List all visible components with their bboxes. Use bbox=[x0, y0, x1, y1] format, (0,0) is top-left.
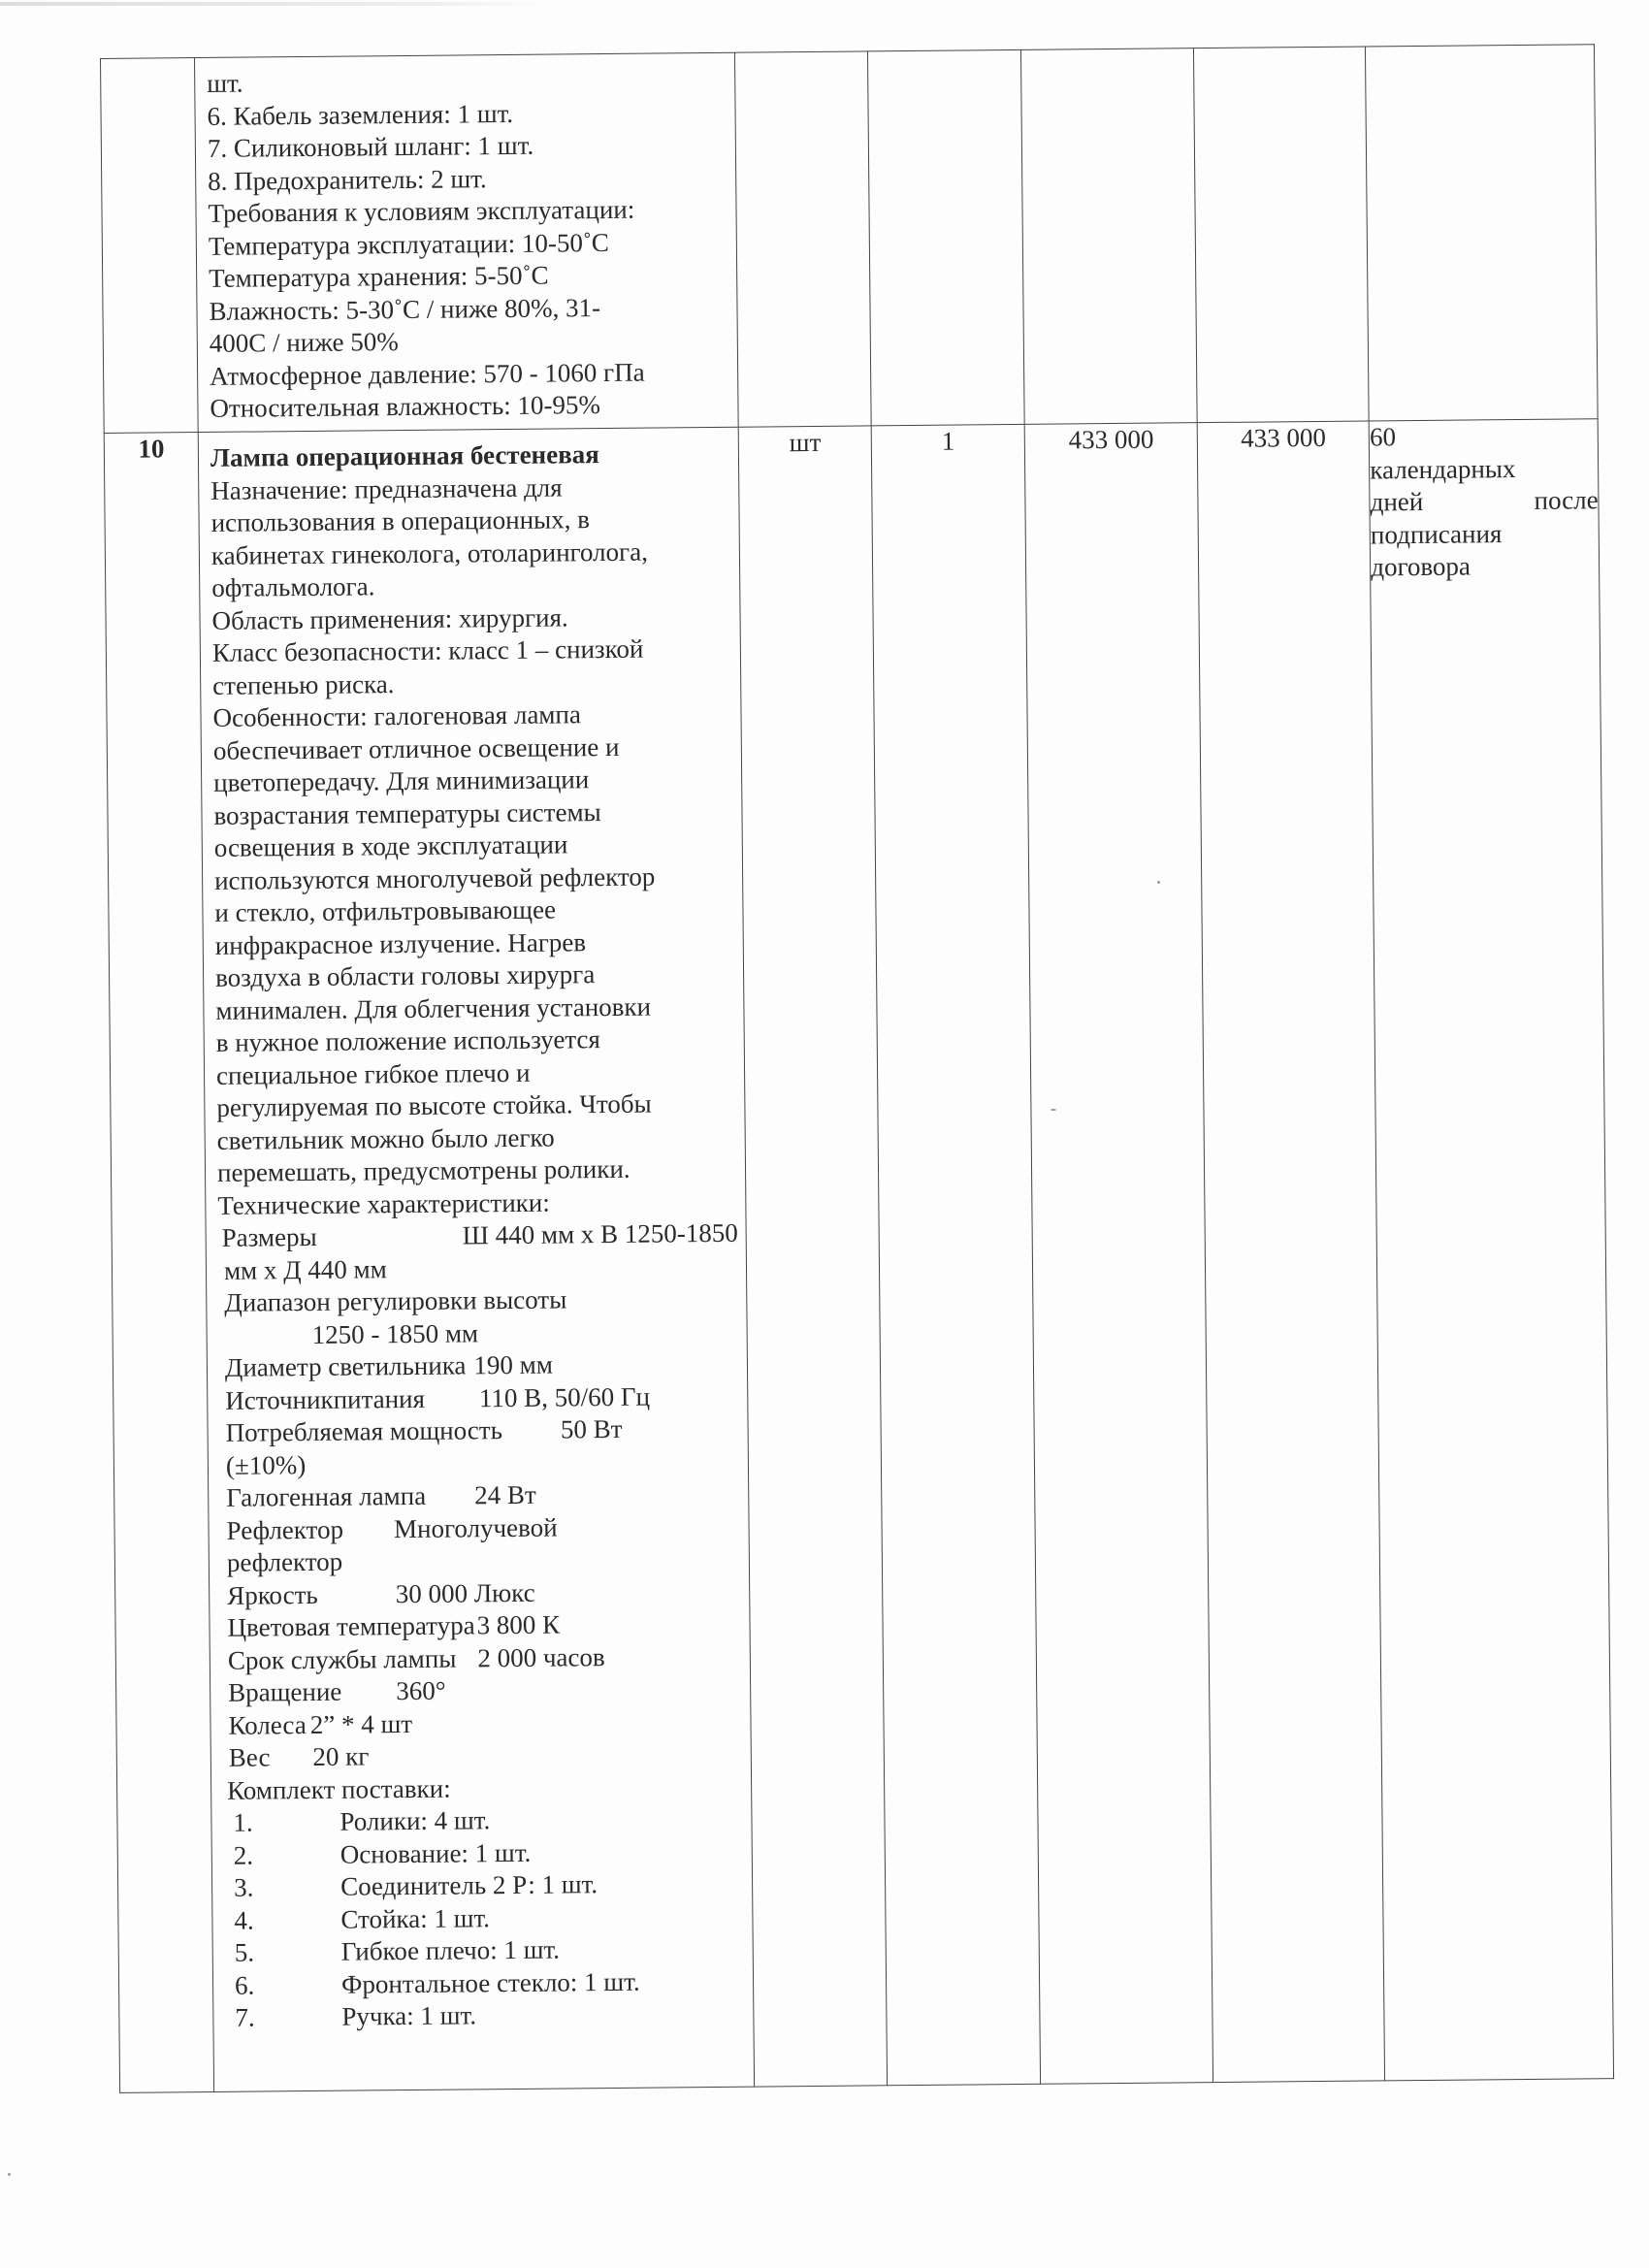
specification-table: шт.6. Кабель заземления: 1 шт.7. Силикон… bbox=[100, 44, 1614, 2093]
description-line: инфракрасное излучение. Нагрев bbox=[215, 924, 735, 962]
kit-item-number: 7. bbox=[225, 2001, 341, 2035]
description-line: 8. Предохранитель: 2 шт. bbox=[208, 160, 727, 198]
spec-key: Диаметр светильника bbox=[225, 1349, 467, 1384]
spec-row: Вес20 кг bbox=[223, 1737, 743, 1775]
description-line: минимален. Для облегчения установки bbox=[215, 989, 735, 1027]
quantity-cell bbox=[868, 49, 1025, 425]
unit-price-cell: 433 000 bbox=[1024, 423, 1212, 2085]
description-line: степенью риска. bbox=[212, 664, 732, 702]
spec-key: Источникпитания bbox=[225, 1382, 425, 1416]
unit-cell bbox=[735, 51, 872, 427]
description-line: кабинетах гинеколога, отоларинголога, bbox=[211, 535, 731, 572]
spec-key: мм х Д 440 мм bbox=[224, 1253, 387, 1287]
kit-item: 5.Гибкое плечо: 1 шт. bbox=[225, 1932, 745, 1970]
delivery-term-text: календарных bbox=[1370, 452, 1598, 487]
description-line: использования в операционных, в bbox=[210, 502, 730, 540]
description-line: Назначение: предназначена для bbox=[210, 470, 730, 507]
description-line: Атмосферное давление: 570 - 1060 гПа bbox=[210, 355, 729, 393]
delivery-term-cell: 60 календарных дней после подписания дог… bbox=[1369, 419, 1613, 2081]
spec-row: РефлекторМноголучевой bbox=[220, 1509, 740, 1547]
description-line: в нужное положение используется bbox=[216, 1022, 736, 1060]
description-line: Область применения: хирургия. bbox=[211, 599, 731, 637]
kit-item: 7.Ручка: 1 шт. bbox=[225, 1997, 745, 2035]
delivery-term-days: 60 bbox=[1370, 419, 1598, 454]
delivery-term-text: договора bbox=[1371, 549, 1599, 584]
description-text: Лампа операционная бестеневая Назначение… bbox=[199, 428, 754, 2035]
description-line: 400С / ниже 50% bbox=[210, 323, 729, 361]
spec-key: Яркость bbox=[227, 1578, 318, 1611]
kit-item-number: 4. bbox=[224, 1903, 340, 1937]
table-row: 10 Лампа операционная бестеневая Назначе… bbox=[104, 419, 1614, 2093]
spec-key: (±10%) bbox=[226, 1449, 307, 1482]
description-line: шт. bbox=[207, 63, 727, 101]
spec-row: Диаметр светильника190 мм bbox=[219, 1347, 739, 1385]
kit-item-number: 1. bbox=[223, 1806, 339, 1840]
kit-item-text: Ручка: 1 шт. bbox=[341, 1999, 476, 2033]
spec-value: 3 800 К bbox=[476, 1609, 560, 1642]
spec-key: Размеры bbox=[222, 1221, 317, 1254]
spec-row: (±10%) bbox=[220, 1444, 740, 1482]
kit-item-number: 3. bbox=[224, 1871, 340, 1905]
spec-key: рефлектор bbox=[227, 1546, 343, 1580]
description-cell: шт.6. Кабель заземления: 1 шт.7. Силикон… bbox=[195, 52, 739, 432]
unit-price-cell bbox=[1021, 49, 1198, 425]
spec-row: Цветовая температура3 800 К bbox=[221, 1607, 741, 1645]
spec-row: Потребляемая мощность50 Вт bbox=[219, 1412, 739, 1450]
spec-key: Цветовая температура bbox=[227, 1609, 474, 1644]
description-line: 7. Силиконовый шланг: 1 шт. bbox=[208, 128, 727, 166]
spec-value: 30 000 Люкс bbox=[396, 1576, 535, 1610]
spec-key: Галогенная лампа bbox=[226, 1480, 426, 1514]
spec-key: Вращение bbox=[228, 1676, 341, 1710]
spec-key: Колеса bbox=[228, 1709, 307, 1742]
description-line: светильник можно было легко bbox=[217, 1119, 737, 1157]
total-cell: 433 000 bbox=[1197, 421, 1384, 2083]
scan-speck bbox=[1051, 1109, 1056, 1111]
kit-item-text: Фронтальное стекло: 1 шт. bbox=[341, 1965, 640, 2000]
kit-list: 1.Ролики: 4 шт.2.Основание: 1 шт.3.Соеди… bbox=[223, 1802, 745, 2035]
spec-key: Срок службы лампы bbox=[228, 1642, 457, 1677]
description-line: Технические характеристики: bbox=[217, 1184, 737, 1222]
scan-artifact bbox=[0, 2, 543, 6]
spec-row: Срок службы лампы2 000 часов bbox=[222, 1639, 742, 1677]
spec-value: Многолучевой bbox=[394, 1511, 558, 1545]
description-line: используются многолучевой рефлектор bbox=[214, 859, 734, 897]
row-number-cell bbox=[101, 58, 199, 434]
spec-row: Яркость30 000 Люкс bbox=[221, 1574, 741, 1612]
description-line: 6. Кабель заземления: 1 шт. bbox=[207, 95, 727, 133]
delivery-term-word: после bbox=[1534, 484, 1598, 517]
spec-row: мм х Д 440 мм bbox=[218, 1249, 738, 1287]
delivery-term-word: дней bbox=[1370, 486, 1423, 519]
spec-value: 50 Вт bbox=[561, 1413, 623, 1446]
spec-value: 360° bbox=[396, 1675, 446, 1708]
kit-item: 2.Основание: 1 шт. bbox=[224, 1834, 744, 1872]
item-title: Лампа операционная бестеневая bbox=[210, 437, 730, 475]
scan-speck bbox=[1157, 881, 1160, 884]
kit-item: 1.Ролики: 4 шт. bbox=[223, 1802, 743, 1840]
spec-value: 20 кг bbox=[312, 1740, 369, 1773]
description-line: специальное гибкое плечо и bbox=[216, 1054, 736, 1092]
delivery-term-text: подписания bbox=[1371, 517, 1599, 552]
spec-row: Колеса2” * 4 шт bbox=[222, 1704, 742, 1742]
kit-item-text: Основание: 1 шт. bbox=[340, 1836, 532, 1870]
description-line: Особенности: галогеновая лампа bbox=[212, 697, 732, 735]
kit-item-text: Ролики: 4 шт. bbox=[339, 1804, 490, 1838]
spec-value: 190 мм bbox=[473, 1349, 553, 1382]
spec-row: Галогенная лампа24 Вт bbox=[220, 1477, 740, 1515]
description-line: Температура хранения: 5-50˚C bbox=[209, 258, 728, 296]
spec-value: Ш 440 мм х В 1250-1850 bbox=[463, 1217, 738, 1252]
description-line: Требования к условиям эксплуатации: bbox=[208, 193, 727, 231]
scan-speck bbox=[8, 2173, 11, 2176]
kit-item: 6.Фронтальное стекло: 1 шт. bbox=[225, 1964, 745, 2002]
item-description: Назначение: предназначена дляиспользован… bbox=[210, 470, 738, 1222]
spec-key: Вес bbox=[229, 1741, 271, 1774]
description-line: воздуха в области головы хирурга bbox=[215, 957, 735, 995]
description-line: офтальмолога. bbox=[211, 567, 731, 605]
spec-value: 2 000 часов bbox=[477, 1641, 605, 1675]
description-line: Относительная влажность: 10-95% bbox=[210, 388, 729, 426]
kit-item: 3.Соединитель 2 Р: 1 шт. bbox=[224, 1867, 744, 1905]
kit-item: 4.Стойка: 1 шт. bbox=[224, 1899, 744, 1937]
spec-value: 24 Вт bbox=[474, 1479, 536, 1512]
description-line: перемешать, предусмотрены ролики. bbox=[217, 1152, 737, 1190]
kit-item-number: 2. bbox=[224, 1838, 340, 1872]
description-line: Влажность: 5-30˚C / ниже 80%, 31- bbox=[209, 290, 728, 328]
kit-item-text: Стойка: 1 шт. bbox=[340, 1902, 490, 1936]
description-line: Класс безопасности: класс 1 – снизкой bbox=[212, 632, 732, 670]
spec-key: Рефлектор bbox=[226, 1513, 343, 1547]
total-cell bbox=[1194, 47, 1370, 423]
description-line: освещения в ходе эксплуатации bbox=[214, 827, 734, 865]
spec-value: 110 В, 50/60 Гц bbox=[479, 1380, 650, 1414]
spec-key: Диапазон регулировки высоты bbox=[224, 1283, 566, 1319]
spec-value: 1250 - 1850 мм bbox=[311, 1317, 478, 1351]
description-line: цветопередачу. Для минимизации bbox=[213, 762, 733, 800]
description-line: регулируемая по высоте стойка. Чтобы bbox=[216, 1087, 736, 1125]
description-cell: Лампа операционная бестеневая Назначение… bbox=[198, 427, 755, 2091]
table-row: шт.6. Кабель заземления: 1 шт.7. Силикон… bbox=[101, 45, 1599, 434]
description-line: Температура эксплуатации: 10-50˚C bbox=[209, 225, 728, 263]
description-text: шт.6. Кабель заземления: 1 шт.7. Силикон… bbox=[195, 53, 738, 426]
kit-item-text: Гибкое плечо: 1 шт. bbox=[341, 1934, 561, 1969]
kit-item-number: 6. bbox=[225, 1968, 341, 2002]
row-number-cell: 10 bbox=[104, 433, 213, 2093]
spec-row: Диапазон регулировки высоты bbox=[218, 1282, 738, 1320]
spec-row: рефлектор bbox=[221, 1542, 741, 1580]
spec-row: 1250 - 1850 мм bbox=[218, 1314, 738, 1352]
spec-row: РазмерыШ 440 мм х В 1250-1850 bbox=[218, 1217, 738, 1255]
spec-row: Вращение360° bbox=[222, 1672, 742, 1710]
delivery-term-text: дней после bbox=[1370, 484, 1598, 519]
kit-item-number: 5. bbox=[225, 1936, 341, 1970]
kit-title: Комплект поставки: bbox=[223, 1769, 743, 1807]
kit-item-text: Соединитель 2 Р: 1 шт. bbox=[340, 1868, 598, 1903]
scanned-page: шт.6. Кабель заземления: 1 шт.7. Силикон… bbox=[0, 0, 1649, 2268]
description-line: возрастания температуры системы bbox=[213, 794, 733, 832]
unit-cell: шт bbox=[738, 426, 887, 2087]
description-line: обеспечивает отличное освещение и bbox=[213, 729, 733, 767]
quantity-cell: 1 bbox=[871, 424, 1040, 2085]
spec-row: Источникпитания110 В, 50/60 Гц bbox=[219, 1379, 739, 1417]
description-line: и стекло, отфильтровывающее bbox=[214, 892, 734, 930]
spec-key: Потребляемая мощность bbox=[225, 1414, 502, 1449]
delivery-term-cell bbox=[1366, 45, 1599, 421]
technical-specs: РазмерыШ 440 мм х В 1250-1850мм х Д 440 … bbox=[218, 1217, 744, 1775]
spec-value: 2” * 4 шт bbox=[310, 1707, 413, 1741]
